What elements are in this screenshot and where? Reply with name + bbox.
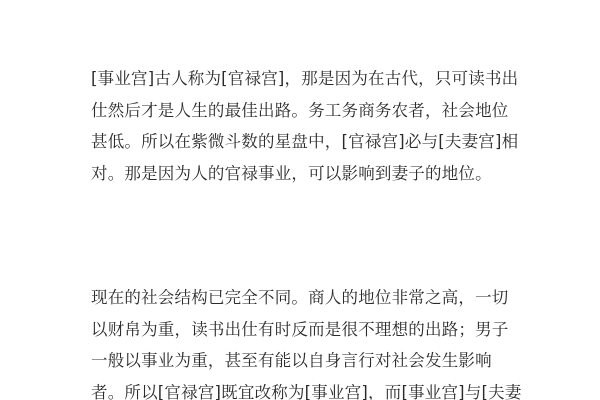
text-line: 现在的社会结构已完全不同。商人的地位非常之高，一切 <box>91 282 531 314</box>
text-line: 者。所以[官禄宫]既宜改称为[事业宫]，而[事业宫]与[夫妻 <box>91 377 531 400</box>
paragraph-career-palace-history: [事业宫]古人称为[官禄宫]，那是因为在古代，只可读书出 仕然后才是人生的最佳出… <box>91 63 531 189</box>
text-line: 对。那是因为人的官禄事业，可以影响到妻子的地位。 <box>91 158 531 190</box>
text-line: 仕然后才是人生的最佳出路。务工务商务农者，社会地位 <box>91 95 531 127</box>
text-line: 一般以事业为重，甚至有能以自身言行对社会发生影响 <box>91 345 531 377</box>
text-line: 以财帛为重，读书出仕有时反而是很不理想的出路；男子 <box>91 314 531 346</box>
document-page: [事业宫]古人称为[官禄宫]，那是因为在古代，只可读书出 仕然后才是人生的最佳出… <box>0 0 600 400</box>
paragraph-modern-society: 现在的社会结构已完全不同。商人的地位非常之高，一切 以财帛为重，读书出仕有时反而… <box>91 282 531 400</box>
text-line: 甚低。所以在紫微斗数的星盘中，[官禄宫]必与[夫妻宫]相 <box>91 126 531 158</box>
text-line: [事业宫]古人称为[官禄宫]，那是因为在古代，只可读书出 <box>91 63 531 95</box>
